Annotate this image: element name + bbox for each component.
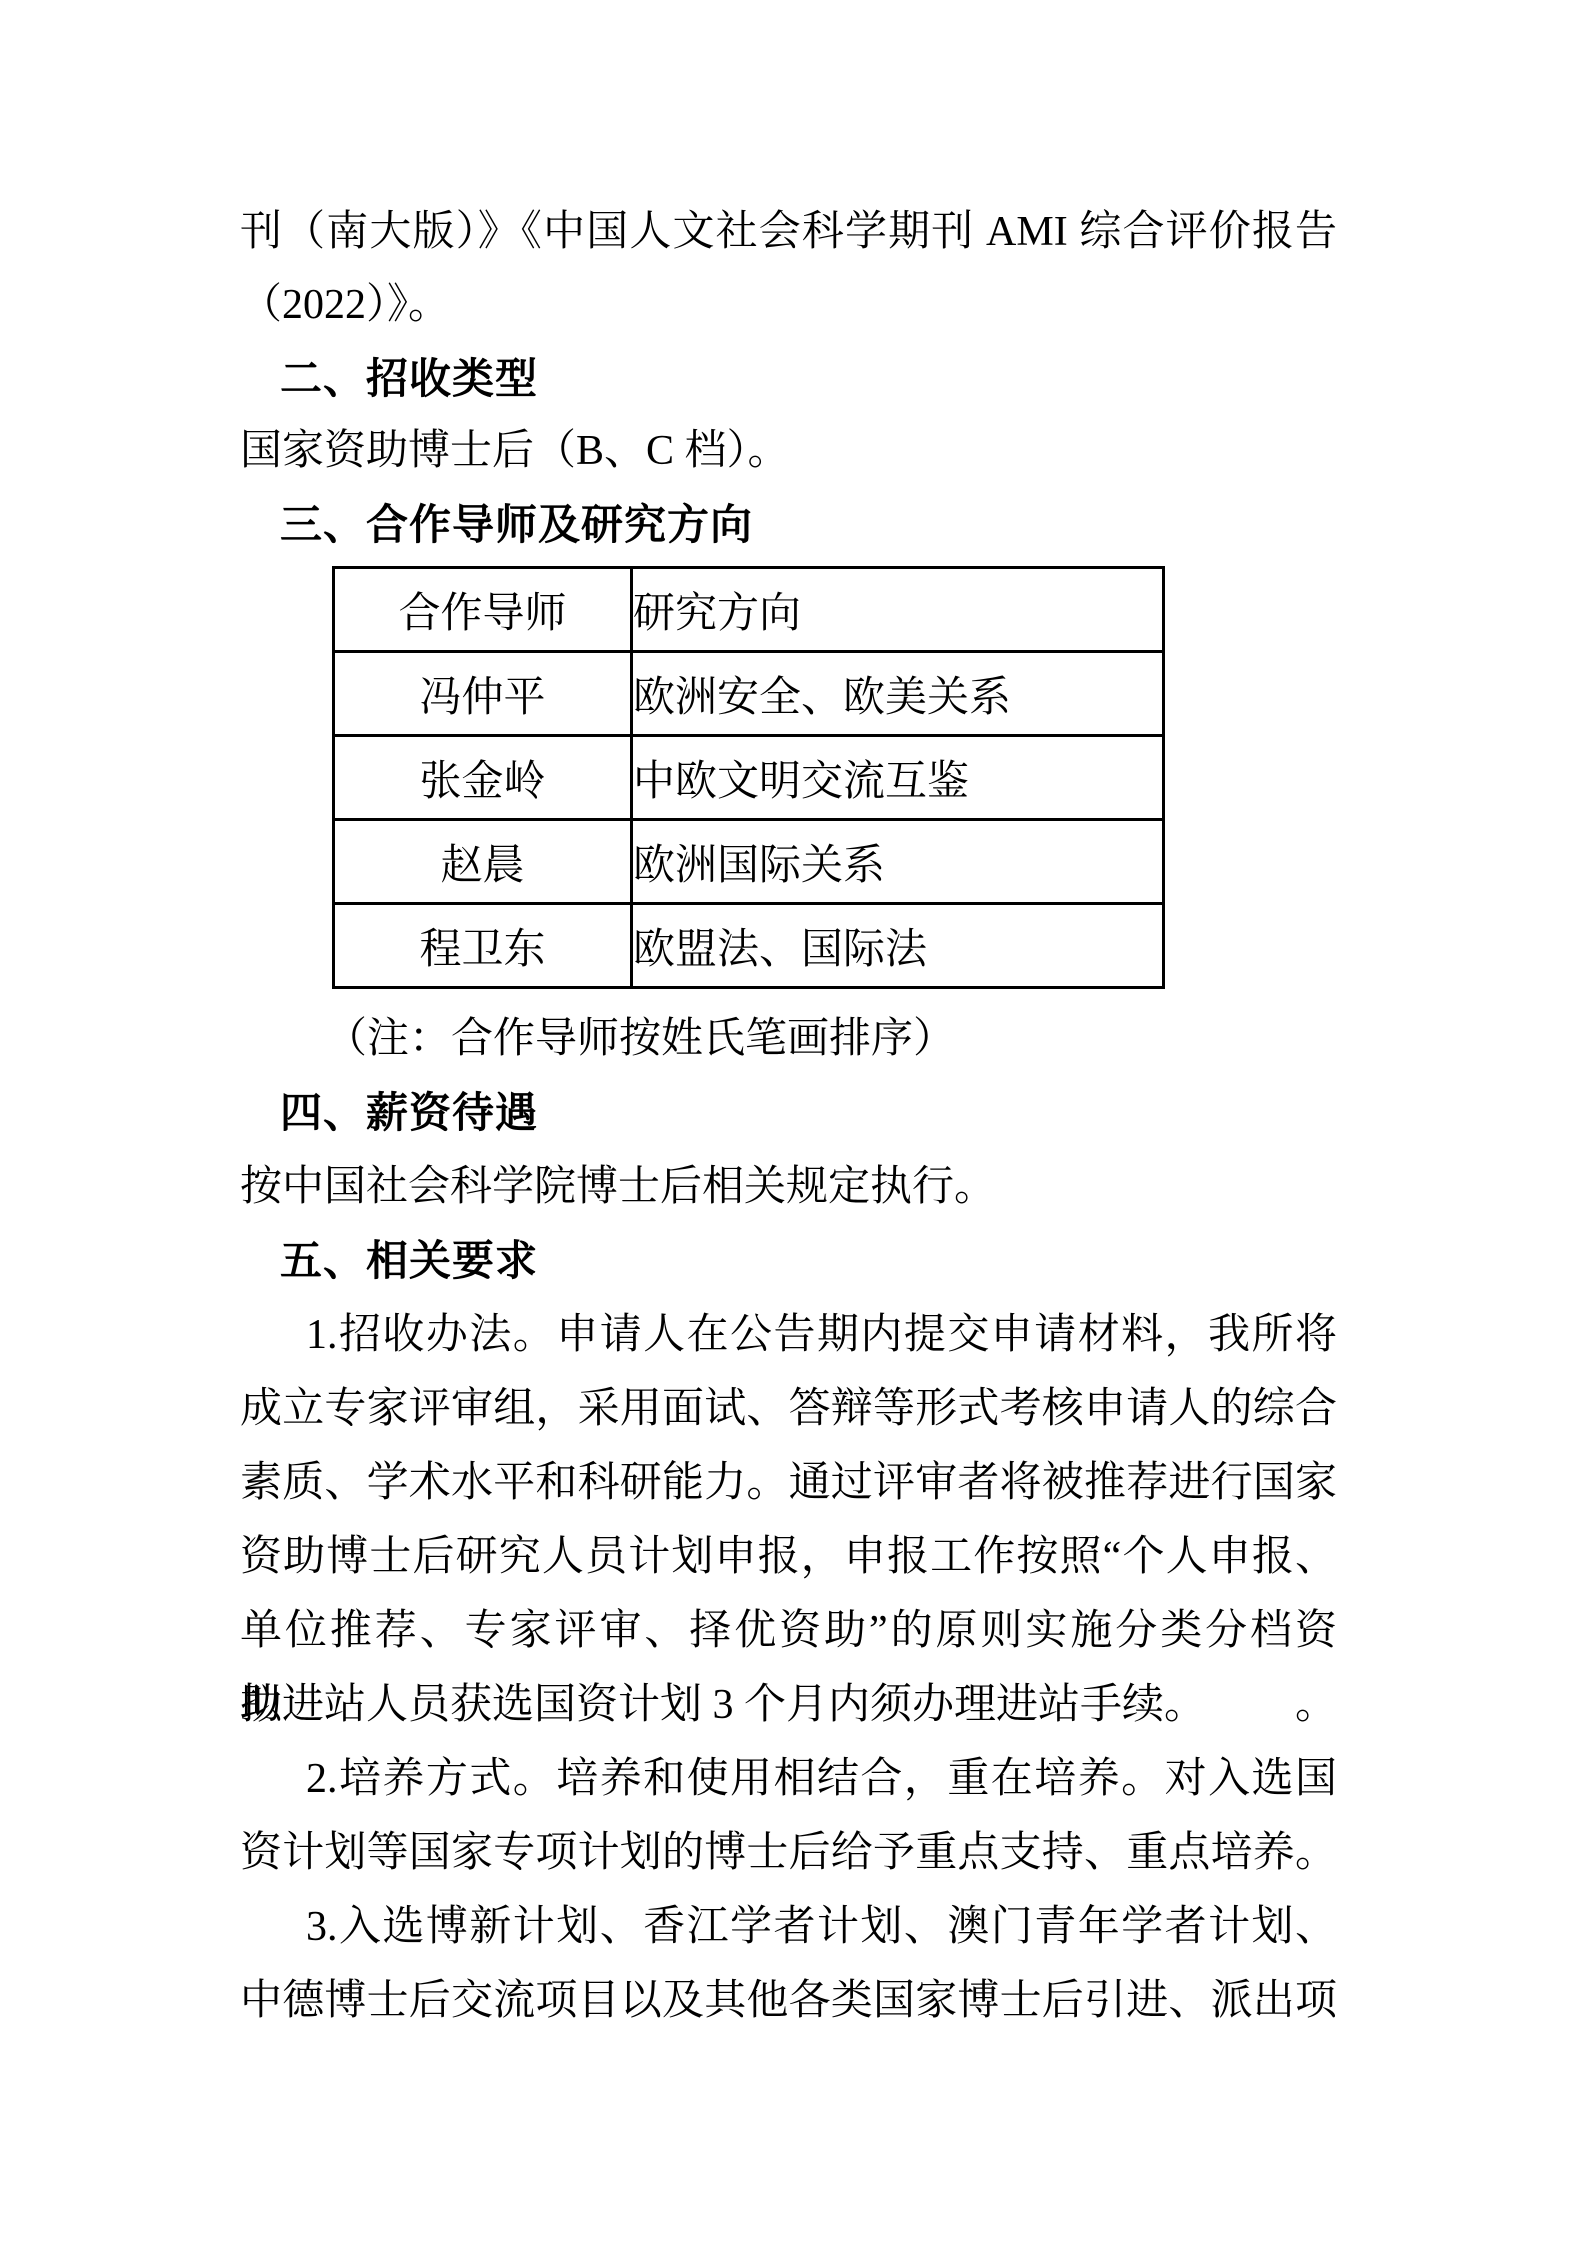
intro-line-1: 刊（南大版）》《中国人文社会科学期刊 AMI 综合评价报告 xyxy=(240,196,1337,269)
paragraph-salary: 按中国社会科学院博士后相关规定执行。 xyxy=(240,1150,1337,1224)
item-3-line-2: 中德博士后交流项目以及其他各类国家博士后引进、派出项 xyxy=(240,1964,1337,2038)
item-1-line-4: 资助博士后研究人员计划申报，申报工作按照“个人申报、 xyxy=(240,1520,1337,1594)
direction-header-cell: 研究方向 xyxy=(632,568,1164,652)
table-row: 张金岭 中欧文明交流互鉴 xyxy=(334,736,1164,820)
section-heading-recruit-type: 二、招收类型 xyxy=(240,342,1337,415)
paragraph-recruit-type: 国家资助博士后（B、C 档）。 xyxy=(240,415,1337,488)
item-1-line-3: 素质、学术水平和科研能力。通过评审者将被推荐进行国家 xyxy=(240,1446,1337,1520)
item-1-line-1: 1.招收办法。申请人在公告期内提交申请材料，我所将 xyxy=(240,1298,1337,1372)
mentor-cell: 冯仲平 xyxy=(334,652,632,736)
section-heading-mentors: 三、合作导师及研究方向 xyxy=(240,488,1337,561)
item-2-line-1: 2.培养方式。培养和使用相结合，重在培养。对入选国 xyxy=(240,1742,1337,1816)
item-1-line-6: 拟进站人员获选国资计划 3 个月内须办理进站手续。 xyxy=(240,1668,1337,1742)
item-1-line-5: 单位推荐、专家评审、择优资助”的原则实施分类分档资助。 xyxy=(240,1594,1337,1668)
item-3-line-1: 3.入选博新计划、香江学者计划、澳门青年学者计划、 xyxy=(240,1890,1337,1964)
direction-cell: 中欧文明交流互鉴 xyxy=(632,736,1164,820)
direction-cell: 欧洲国际关系 xyxy=(632,820,1164,904)
table-row: 程卫东 欧盟法、国际法 xyxy=(334,904,1164,988)
mentor-header-cell: 合作导师 xyxy=(334,568,632,652)
mentor-table: 合作导师 研究方向 冯仲平 欧洲安全、欧美关系 张金岭 中欧文明交流互鉴 赵晨 … xyxy=(332,566,1165,989)
item-1-line-2: 成立专家评审组，采用面试、答辩等形式考核申请人的综合 xyxy=(240,1372,1337,1446)
table-note: （注：合作导师按姓氏笔画排序） xyxy=(240,1002,1337,1076)
table-header-row: 合作导师 研究方向 xyxy=(334,568,1164,652)
direction-cell: 欧盟法、国际法 xyxy=(632,904,1164,988)
mentor-cell: 程卫东 xyxy=(334,904,632,988)
section-heading-salary: 四、薪资待遇 xyxy=(240,1076,1337,1150)
mentor-cell: 张金岭 xyxy=(334,736,632,820)
document-page: 刊（南大版）》《中国人文社会科学期刊 AMI 综合评价报告 （2022）》。 二… xyxy=(0,0,1587,2245)
document-body: 刊（南大版）》《中国人文社会科学期刊 AMI 综合评价报告 （2022）》。 二… xyxy=(0,0,1587,2038)
section-heading-requirements: 五、相关要求 xyxy=(240,1224,1337,1298)
table-row: 冯仲平 欧洲安全、欧美关系 xyxy=(334,652,1164,736)
table-row: 赵晨 欧洲国际关系 xyxy=(334,820,1164,904)
intro-line-2: （2022）》。 xyxy=(240,269,1337,342)
mentor-cell: 赵晨 xyxy=(334,820,632,904)
item-2-line-2: 资计划等国家专项计划的博士后给予重点支持、重点培养。 xyxy=(240,1816,1337,1890)
direction-cell: 欧洲安全、欧美关系 xyxy=(632,652,1164,736)
